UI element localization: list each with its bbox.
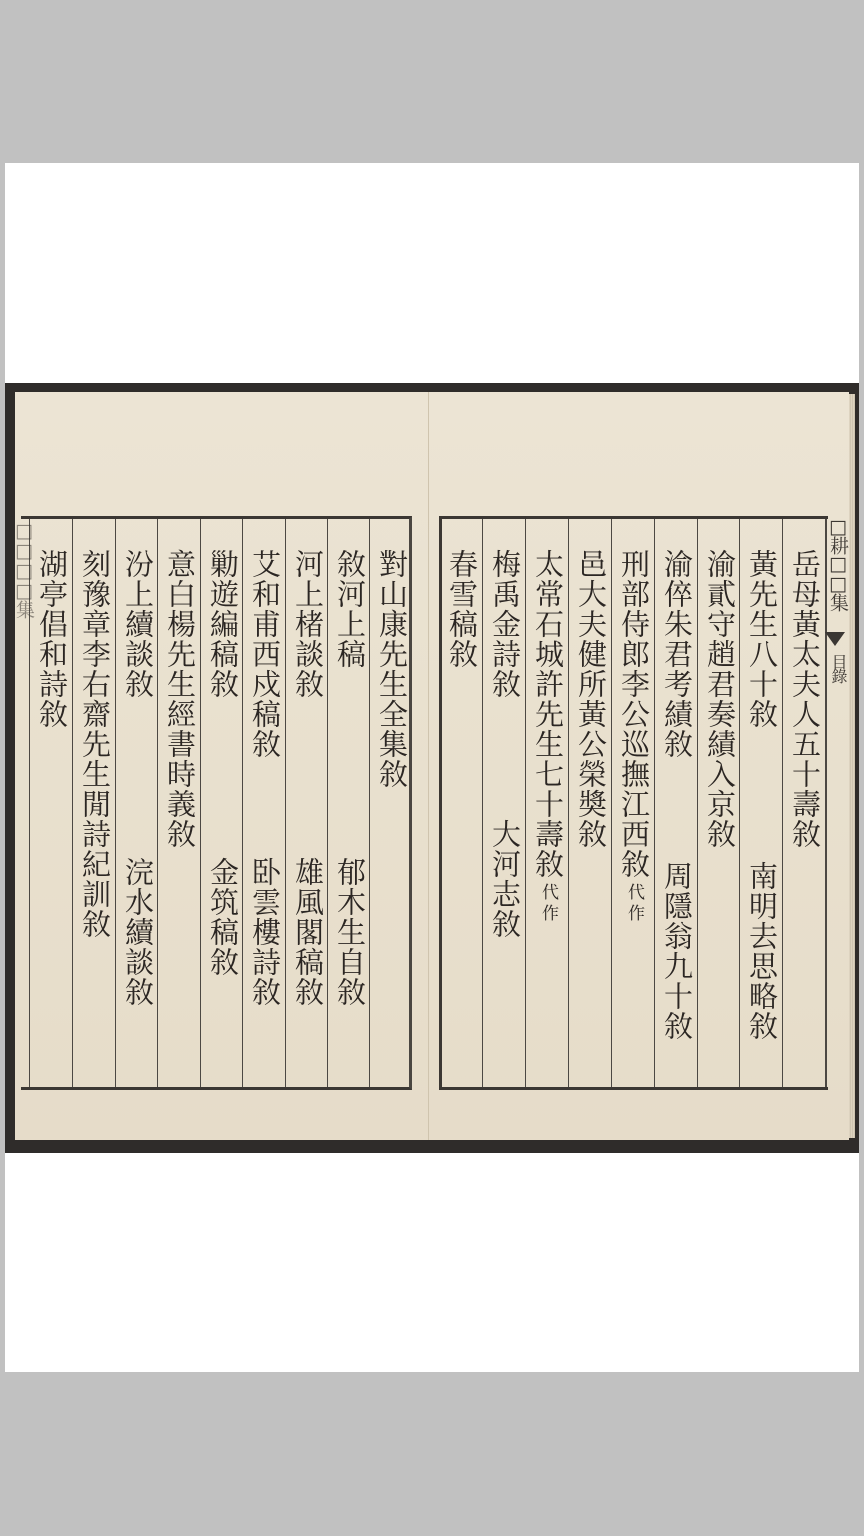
- toc-entry: 渝倅朱君考績敘: [657, 549, 697, 759]
- column-rule: [115, 519, 116, 1087]
- column-rule: [482, 519, 483, 1087]
- column-rule: [525, 519, 526, 1087]
- column-rule: [654, 519, 655, 1087]
- toc-entry-title: 太常石城許先生七十壽敘: [531, 549, 565, 879]
- toc-entry: 汾上續談敘: [118, 549, 158, 699]
- left-page: 對山康先生全集敘 敘河上稿 郁木生自敘 河上楮談敘 雄風閣稿敘 艾和甫西戍稿敘 …: [15, 392, 429, 1140]
- toc-entry: 大河志敘: [485, 819, 525, 939]
- toc-entry: 浣水續談敘: [118, 857, 158, 1007]
- right-page-frame: 岳母黃太夫人五十壽敘 黃先生八十敘 南明去思略敘 渝貳守趙君奏績入京敘 渝倅朱君…: [439, 516, 828, 1090]
- toc-entry: 對山康先生全集敘: [372, 549, 412, 789]
- column-rule: [782, 519, 783, 1087]
- column-rule: [72, 519, 73, 1087]
- toc-entry: 雄風閣稿敘: [288, 857, 328, 1007]
- toc-entry: 河上楮談敘: [288, 549, 328, 699]
- toc-entry: 梅禹金詩敘: [485, 549, 525, 699]
- toc-entry: 渝貳守趙君奏績入京敘: [700, 549, 740, 849]
- fishtail-ornament: [825, 632, 845, 646]
- toc-entry: 太常石城許先生七十壽敘代作: [528, 549, 568, 925]
- toc-entry: 南明去思略敘: [742, 861, 782, 1041]
- margin-section-label: 目錄: [827, 654, 849, 682]
- column-rule: [568, 519, 569, 1087]
- toc-entry: 刑部侍郎李公巡撫江西敘代作: [614, 549, 654, 925]
- toc-entry: 岳母黃太夫人五十壽敘: [785, 549, 825, 849]
- left-margin-title: □□□□集: [13, 520, 35, 617]
- toc-entry-note: 代作: [538, 883, 558, 925]
- toc-entry: 敘河上稿: [330, 549, 370, 669]
- book-scan[interactable]: 對山康先生全集敘 敘河上稿 郁木生自敘 河上楮談敘 雄風閣稿敘 艾和甫西戍稿敘 …: [5, 383, 859, 1153]
- toc-entry: 金筑稿敘: [203, 857, 243, 977]
- toc-entry: 郁木生自敘: [330, 857, 370, 1007]
- page-stack-edge: [849, 394, 855, 1138]
- toc-entry: 邑大夫健所黃公榮奬敘: [571, 549, 611, 849]
- toc-entry: 湖亭倡和詩敘: [32, 549, 72, 729]
- toc-entry: 勦遊編稿敘: [203, 549, 243, 699]
- column-rule: [200, 519, 201, 1087]
- toc-entry: 周隱翁九十敘: [657, 861, 697, 1041]
- column-rule: [611, 519, 612, 1087]
- column-rule: [697, 519, 698, 1087]
- left-page-frame: 對山康先生全集敘 敘河上稿 郁木生自敘 河上楮談敘 雄風閣稿敘 艾和甫西戍稿敘 …: [21, 516, 412, 1090]
- toc-entry: 黃先生八十敘: [742, 549, 782, 729]
- toc-entry: 卧雲樓詩敘: [245, 857, 285, 1007]
- toc-entry-note: 代作: [624, 883, 644, 925]
- column-rule: [285, 519, 286, 1087]
- toc-entry: 意白楊先生經書時義敘: [160, 549, 200, 849]
- margin-book-title: □耕□□集: [827, 516, 849, 610]
- toc-entry: 春雪稿敘: [442, 549, 482, 669]
- toc-entry: 刻豫章李右齋先生閒詩紀訓敘: [75, 549, 115, 939]
- toc-entry: 艾和甫西戍稿敘: [245, 549, 285, 759]
- toc-entry-title: 刑部侍郎李公巡撫江西敘: [617, 549, 651, 879]
- right-page: 岳母黃太夫人五十壽敘 黃先生八十敘 南明去思略敘 渝貳守趙君奏績入京敘 渝倅朱君…: [429, 392, 849, 1140]
